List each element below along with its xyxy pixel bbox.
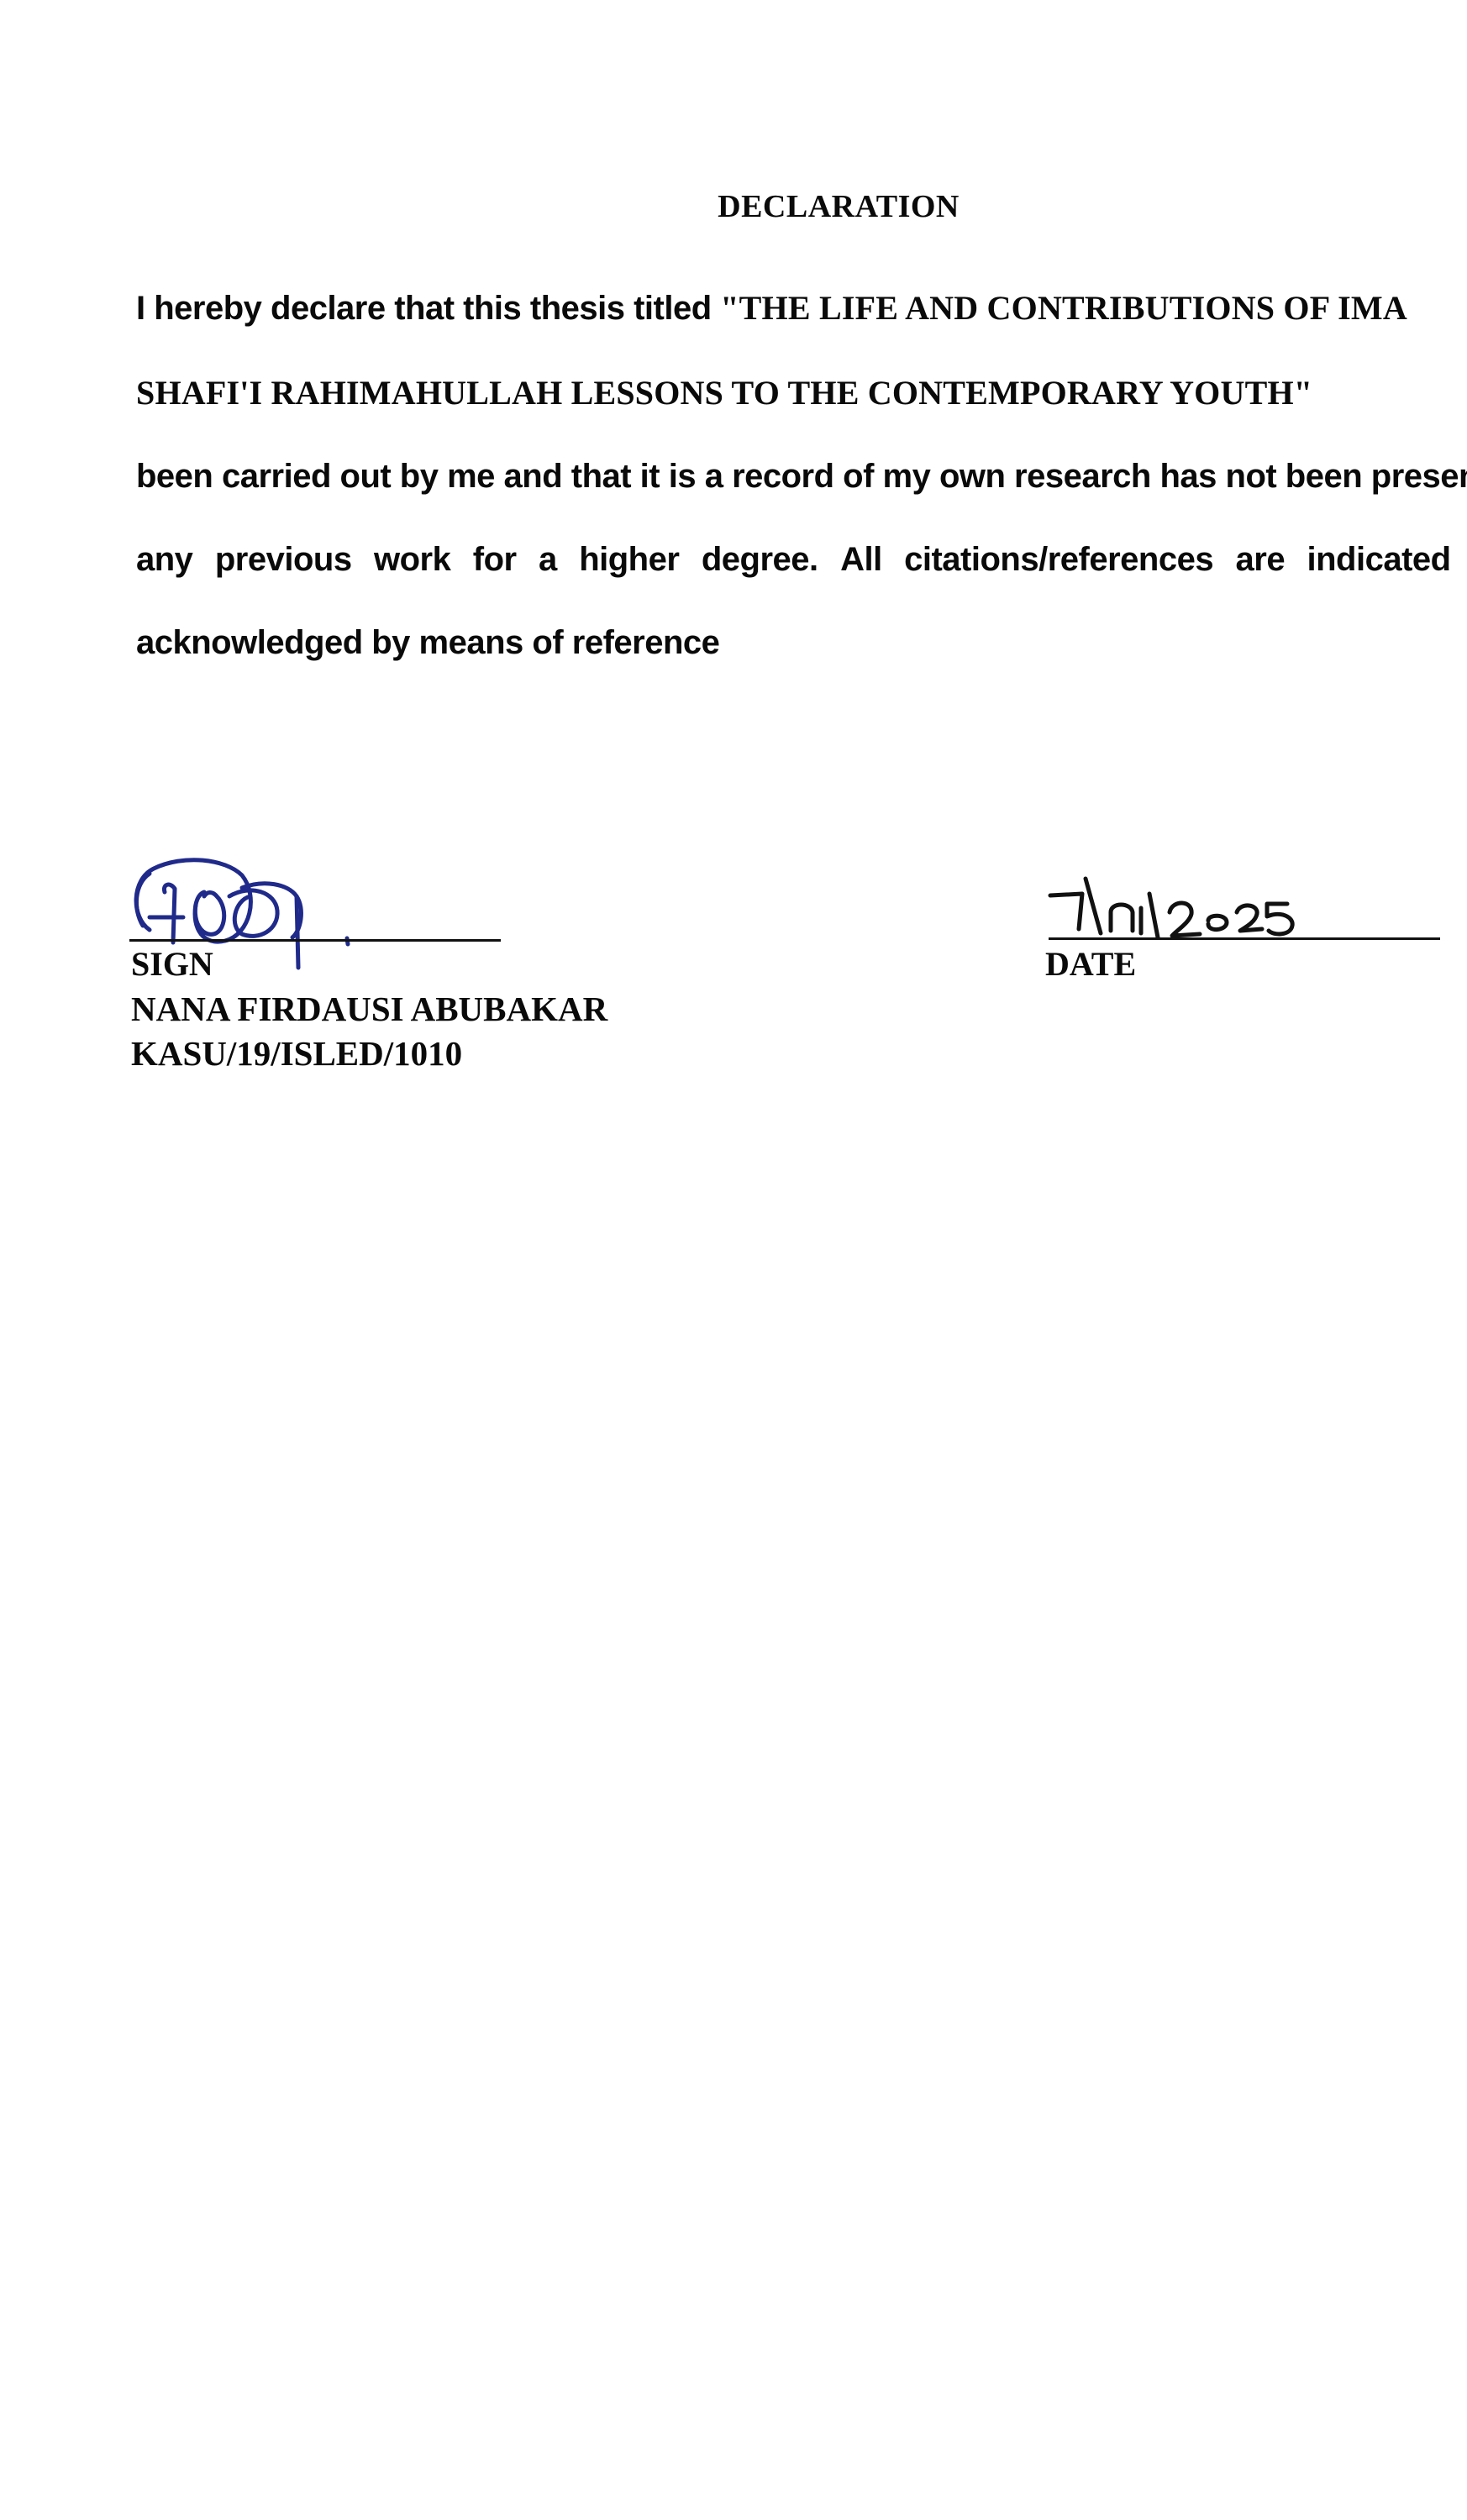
declaration-line-4: anypreviousworkforahigherdegree.Allcitat… — [136, 543, 1467, 576]
declaration-word: a — [539, 543, 557, 576]
declaration-word: degree. — [702, 543, 818, 576]
declaration-word: for — [473, 543, 517, 576]
declaration-word: higher — [579, 543, 679, 576]
student-id: KASU/19/ISLED/1010 — [131, 1037, 462, 1071]
thesis-title-part-1: "THE LIFE AND CONTRIBUTIONS OF IMA — [720, 289, 1407, 327]
declaration-word: All — [840, 543, 882, 576]
declaration-line-1: I hereby declare that this thesis titled… — [136, 291, 1407, 325]
declaration-word: work — [374, 543, 450, 576]
declaration-word: any — [136, 543, 192, 576]
thesis-title-part-2: SHAFI'I RAHIMAHULLAH LESSONS TO THE CONT… — [136, 374, 1312, 412]
declaration-line-5: acknowledged by means of reference — [136, 626, 719, 659]
declaration-word: citations/references — [904, 543, 1213, 576]
handwritten-date-icon: 7/01/2025 — [1042, 870, 1395, 937]
declaration-word: indicated — [1307, 543, 1450, 576]
declaration-line-3: been carried out by me and that it is a … — [136, 459, 1467, 493]
page-title: DECLARATION — [0, 188, 1467, 225]
declaration-text: I hereby declare that this thesis titled — [136, 290, 720, 327]
sign-label: SIGN — [131, 948, 213, 981]
declaration-word: are — [1236, 543, 1286, 576]
declaration-line-2: SHAFI'I RAHIMAHULLAH LESSONS TO THE CONT… — [136, 376, 1312, 410]
date-line — [1049, 937, 1440, 940]
declaration-text: been carried out by me and that it is a … — [136, 458, 1467, 495]
declaration-page: DECLARATION I hereby declare that this t… — [0, 0, 1467, 2520]
declaration-text: acknowledged by means of reference — [136, 624, 719, 661]
student-name: NANA FIRDAUSI ABUBAKAR — [131, 992, 607, 1026]
date-label: DATE — [1045, 948, 1136, 981]
declaration-word: previous — [215, 543, 352, 576]
signature-line — [129, 939, 501, 942]
